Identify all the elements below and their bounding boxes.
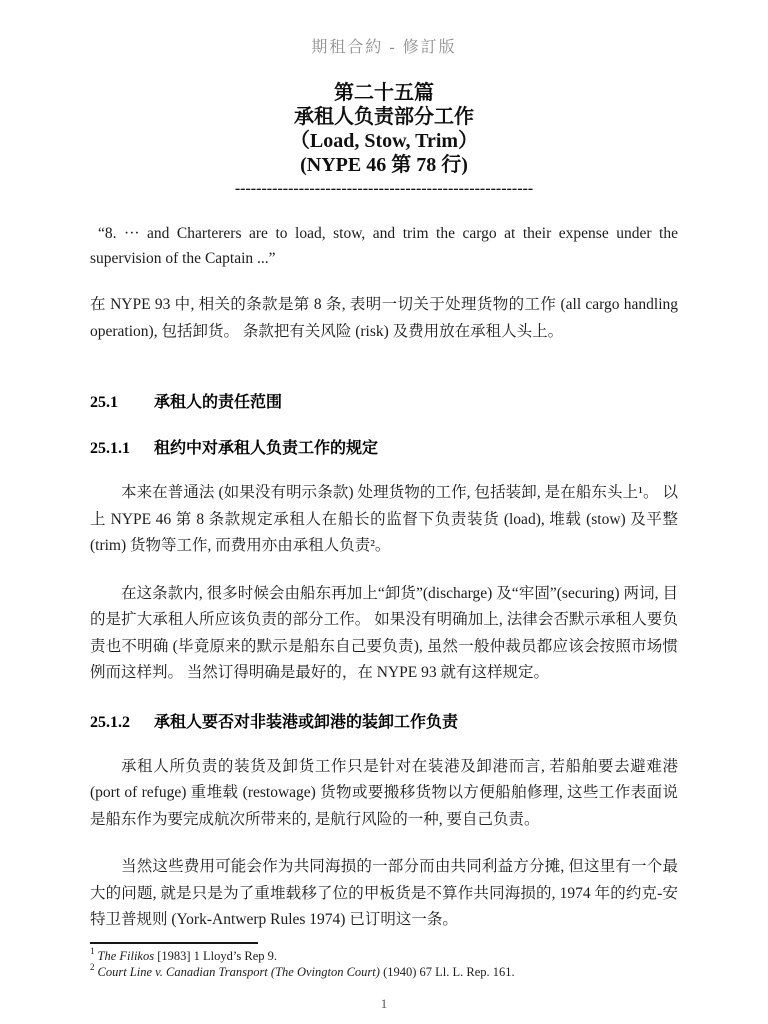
footnote-1: 1The Filikos [1983] 1 Lloyd’s Rep 9.	[90, 948, 678, 964]
footnote-citation: (1940) 67 Ll. L. Rep. 161.	[380, 965, 515, 979]
intro-paragraph: 在 NYPE 93 中, 相关的条款是第 8 条, 表明一切关于处理货物的工作 …	[90, 292, 678, 345]
section-number: 25.1	[90, 393, 154, 413]
footnote-rule	[90, 942, 258, 944]
footnotes-block: 1The Filikos [1983] 1 Lloyd’s Rep 9. 2Co…	[90, 934, 678, 980]
section-number: 25.1.2	[90, 713, 154, 733]
running-header: 期租合約 - 修訂版	[90, 34, 678, 57]
chapter-title-block: 第二十五篇 承租人负责部分工作 （Load, Stow, Trim） (NYPE…	[90, 81, 678, 197]
footnote-2: 2Court Line v. Canadian Transport (The O…	[90, 964, 678, 980]
body-paragraph: 承租人所负责的装货及卸货工作只是针对在装港及卸港而言, 若船舶要去避难港 (po…	[90, 754, 678, 834]
body-paragraph: 本来在普通法 (如果没有明示条款) 处理货物的工作, 包括装卸, 是在船东头上¹…	[90, 480, 678, 560]
page-number: 1	[90, 996, 678, 1012]
charterparty-quote-paragraph: “8. ··· and Charterers are to load, stow…	[90, 221, 678, 271]
section-title: 租约中对承租人负责工作的规定	[154, 439, 678, 459]
footnote-case-name: Court Line v. Canadian Transport (The Ov…	[98, 965, 380, 979]
section-heading-25-1-2: 25.1.2 承租人要否对非装港或卸港的装卸工作负责	[90, 713, 678, 733]
chapter-title: 承租人负责部分工作	[90, 105, 678, 129]
body-paragraph: 当然这些费用可能会作为共同海损的一部分而由共同利益方分摊, 但这里有一个最大的问…	[90, 854, 678, 934]
footnote-marker: 2	[90, 962, 95, 972]
chapter-number: 第二十五篇	[90, 81, 678, 105]
body-paragraph: 在这条款内, 很多时候会由船东再加上“卸货”(discharge) 及“牢固”(…	[90, 581, 678, 687]
footnote-citation: [1983] 1 Lloyd’s Rep 9.	[154, 949, 277, 963]
document-page: 期租合約 - 修訂版 第二十五篇 承租人负责部分工作 （Load, Stow, …	[0, 0, 768, 1024]
section-number: 25.1.1	[90, 439, 154, 459]
section-heading-25-1-1: 25.1.1 租约中对承租人负责工作的规定	[90, 439, 678, 459]
section-title: 承租人的责任范围	[154, 393, 678, 413]
section-title: 承租人要否对非装港或卸港的装卸工作负责	[154, 713, 678, 733]
title-divider: ----------------------------------------…	[90, 181, 678, 197]
footnote-case-name: The Filikos	[98, 949, 155, 963]
chapter-subtitle-reference: (NYPE 46 第 78 行)	[90, 153, 678, 177]
footnote-marker: 1	[90, 946, 95, 956]
section-heading-25-1: 25.1 承租人的责任范围	[90, 393, 678, 413]
chapter-subtitle-english: （Load, Stow, Trim）	[90, 129, 678, 153]
